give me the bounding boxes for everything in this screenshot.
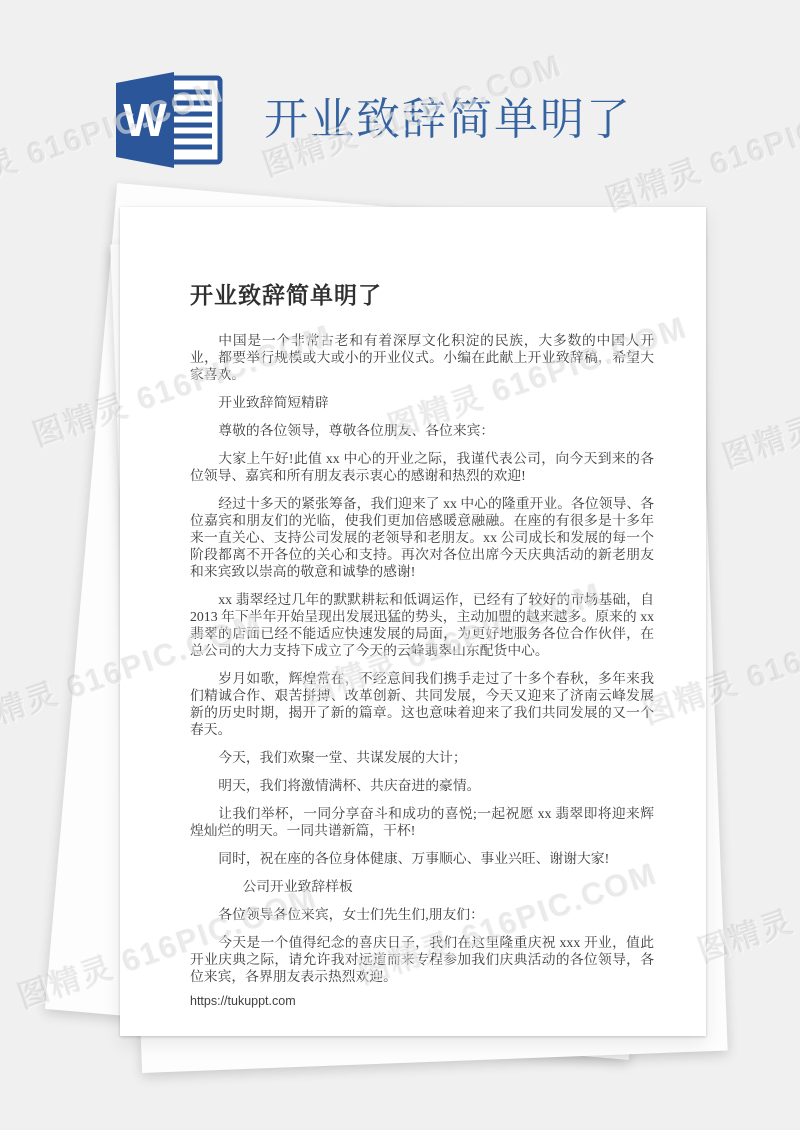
- document-page: 开业致辞简单明了 中国是一个非常古老和有着深厚文化积淀的民族，大多数的中国人开业…: [120, 207, 706, 1036]
- doc-paragraph: 让我们举杯，一同分享奋斗和成功的喜悦;一起祝愿 xx 翡翠即将迎来辉煌灿烂的明天…: [190, 805, 654, 839]
- doc-paragraph: 各位领导各位来宾，女士们先生们,朋友们：: [190, 906, 654, 923]
- doc-paragraph: xx 翡翠经过几年的默默耕耘和低调运作，已经有了较好的市场基础，自 2013 年…: [190, 591, 654, 659]
- document-body: 中国是一个非常古老和有着深厚文化积淀的民族，大多数的中国人开业，都要举行规模或大…: [190, 332, 654, 985]
- doc-paragraph: 明天，我们将激情满杯、共庆奋进的豪情。: [190, 777, 654, 794]
- watermark-text: 图精灵 616PIC.COM: [716, 332, 800, 477]
- doc-paragraph: 大家上午好!此值 xx 中心的开业之际，我谨代表公司，向今天到来的各位领导、嘉宾…: [190, 450, 654, 484]
- doc-paragraph: 中国是一个非常古老和有着深厚文化积淀的民族，大多数的中国人开业，都要举行规模或大…: [190, 332, 654, 383]
- page-title: 开业致辞简单明了: [264, 98, 632, 142]
- doc-paragraph: 今天是一个值得纪念的喜庆日子，我们在这里隆重庆祝 xxx 开业，值此开业庆典之际…: [190, 934, 654, 985]
- doc-paragraph: 开业致辞简短精辟: [190, 394, 654, 411]
- doc-paragraph: 经过十多天的紧张筹备，我们迎来了 xx 中心的隆重开业。各位领导、各位嘉宾和朋友…: [190, 495, 654, 580]
- doc-paragraph: 同时，祝在座的各位身体健康、万事顺心、事业兴旺、谢谢大家!: [190, 850, 654, 867]
- page-background: W 开业致辞简单明了 开业致辞简单明了 中国是一个非常古老和有着深厚文化积淀的民…: [0, 0, 800, 1130]
- header: W 开业致辞简单明了: [108, 68, 632, 172]
- footer-url-link[interactable]: https://tukuppt.com: [190, 994, 296, 1008]
- doc-paragraph: 尊敬的各位领导，尊敬各位朋友、各位来宾：: [190, 422, 654, 439]
- document-title: 开业致辞简单明了: [190, 281, 654, 311]
- doc-paragraph: 今天，我们欢聚一堂、共谋发展的大计；: [190, 749, 654, 766]
- word-logo-icon: W: [108, 68, 228, 172]
- doc-paragraph: 公司开业致辞样板: [190, 878, 654, 895]
- logo-letter: W: [123, 94, 167, 146]
- document-stack: 开业致辞简单明了 中国是一个非常古老和有着深厚文化积淀的民族，大多数的中国人开业…: [120, 207, 706, 1036]
- doc-paragraph: 岁月如歌，辉煌常在，不经意间我们携手走过了十多个春秋，多年来我们精诚合作、艰苦拼…: [190, 670, 654, 738]
